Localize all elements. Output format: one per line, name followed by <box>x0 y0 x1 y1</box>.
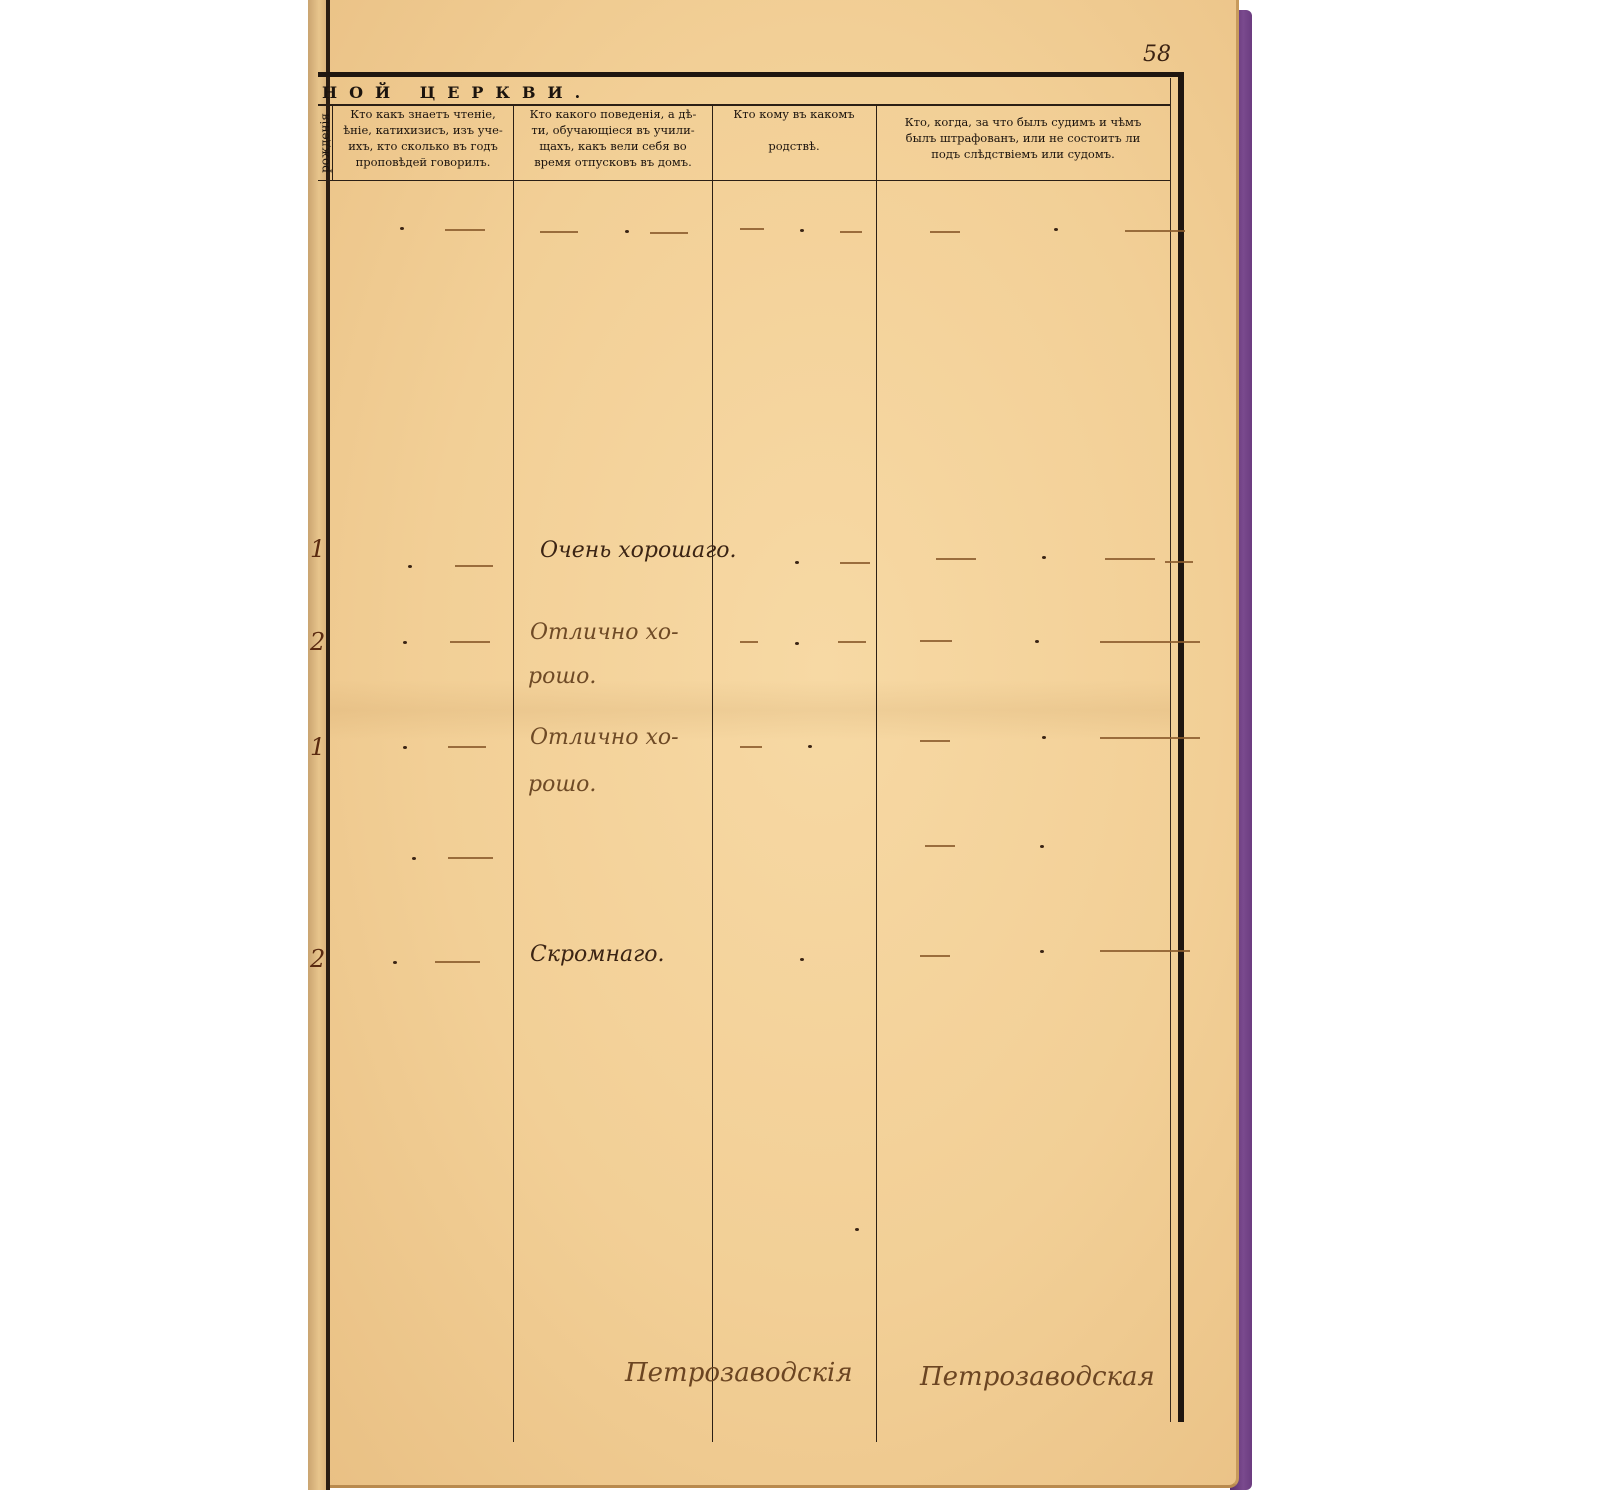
ditto-dash <box>1100 641 1200 643</box>
ditto-mark <box>412 857 416 860</box>
ditto-dash <box>920 640 952 642</box>
ditto-dash <box>540 231 578 233</box>
ditto-mark <box>1054 228 1058 231</box>
ditto-dash <box>1100 950 1190 952</box>
ditto-dash <box>1125 230 1185 232</box>
column-header-reading: Кто какъ знаетъ чтеніе, ѣніе, катихизисъ… <box>334 106 512 180</box>
binding-gutter-line <box>326 0 330 1490</box>
behavior-entry-3-cont: рошо. <box>528 772 596 797</box>
ditto-dash <box>925 845 955 847</box>
column-header-kinship: Кто кому въ какомъ родствѣ. <box>714 106 874 180</box>
behavior-entry-5: Скромнаго. <box>530 942 665 967</box>
ditto-mark <box>393 961 397 964</box>
ditto-dash <box>1165 561 1193 563</box>
ditto-dash <box>740 641 758 643</box>
ditto-dash <box>448 746 486 748</box>
behavior-entry-2-cont: рошо. <box>528 664 596 689</box>
ink-speck <box>855 1228 859 1231</box>
ditto-dash <box>920 955 950 957</box>
ditto-mark <box>403 641 407 644</box>
ditto-dash <box>455 565 493 567</box>
ditto-dash <box>840 231 862 233</box>
column-header-court: Кто, когда, за что былъ судимъ и чѣмъ бы… <box>878 106 1168 188</box>
ditto-mark <box>1040 950 1044 953</box>
ditto-dash <box>840 562 870 564</box>
ditto-dash <box>650 232 688 234</box>
ditto-mark <box>1042 736 1046 739</box>
frame-right-rule <box>1178 72 1184 1422</box>
column-divider <box>332 106 333 180</box>
frame-right-inner-rule <box>1170 78 1171 1422</box>
ditto-mark <box>400 227 404 230</box>
ditto-mark <box>403 746 407 749</box>
header-bottom-rule <box>318 180 1170 181</box>
signature-left: Петрозаводскiя <box>625 1358 853 1388</box>
margin-number: 2 <box>310 628 325 656</box>
ditto-dash <box>740 746 762 748</box>
ditto-dash <box>740 228 764 230</box>
margin-number: 2 <box>310 945 325 973</box>
ditto-mark <box>1035 640 1039 643</box>
heading-text: НОЙ ЦЕРКВИ. <box>318 83 592 102</box>
ditto-dash <box>930 231 960 233</box>
ditto-dash <box>450 641 490 643</box>
ditto-dash <box>838 641 866 643</box>
margin-number: 1 <box>310 733 325 761</box>
ditto-mark <box>795 561 799 564</box>
ditto-dash <box>448 857 493 859</box>
vertical-column-label: рожденія <box>318 106 332 180</box>
ditto-dash <box>1105 558 1155 560</box>
register-page <box>318 0 1239 1488</box>
ditto-mark <box>800 229 804 232</box>
ditto-mark <box>800 958 804 961</box>
frame-top-rule <box>318 72 1184 77</box>
ditto-mark <box>408 565 412 568</box>
ditto-dash <box>920 740 950 742</box>
signature-right: Петрозаводская <box>920 1362 1155 1392</box>
margin-number: 1 <box>310 535 325 563</box>
behavior-entry-3: Отлично хо- <box>530 725 679 750</box>
ditto-dash <box>936 558 976 560</box>
column-divider <box>513 106 514 1442</box>
behavior-entry-1: Очень хорошаго. <box>540 538 737 563</box>
ditto-mark <box>808 745 812 748</box>
page-fold-crease <box>330 680 1170 740</box>
column-divider <box>876 106 877 1442</box>
column-header-behavior: Кто какого поведенія, а дѣ- ти, обучающі… <box>515 106 711 180</box>
ditto-dash <box>445 229 485 231</box>
ditto-mark <box>625 230 629 233</box>
ditto-mark <box>1040 845 1044 848</box>
ditto-dash <box>435 961 480 963</box>
column-divider <box>712 106 713 1442</box>
section-heading: НОЙ ЦЕРКВИ. <box>318 80 1170 106</box>
ditto-mark <box>795 642 799 645</box>
ditto-dash <box>1100 737 1200 739</box>
behavior-entry-2: Отлично хо- <box>530 620 679 645</box>
ditto-mark <box>1042 556 1046 559</box>
page-number: 58 <box>1143 42 1171 67</box>
